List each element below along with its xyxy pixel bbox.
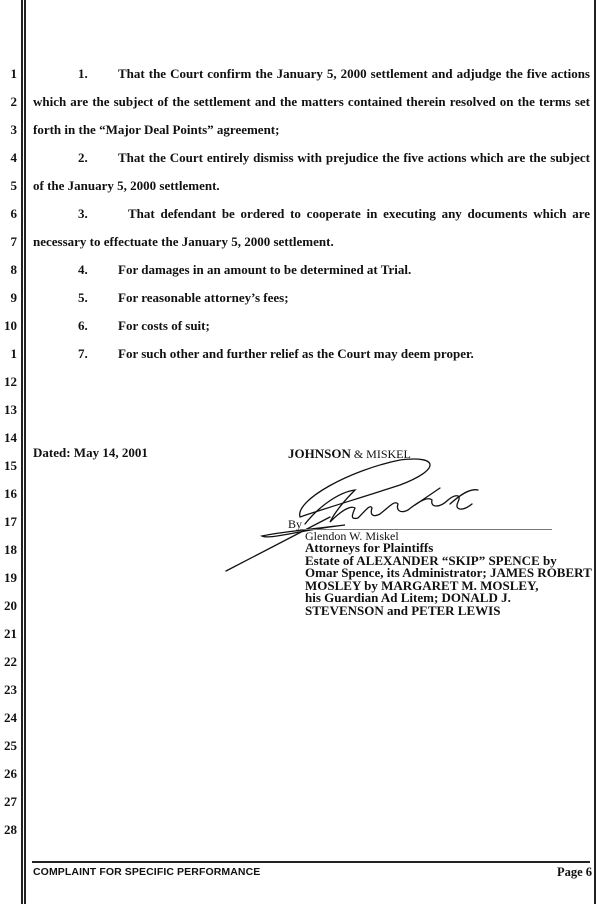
footer-rule	[32, 861, 590, 863]
client-line: STEVENSON and PETER LEWIS	[305, 605, 592, 618]
attorneys-for-block: Attorneys for Plaintiffs Estate of ALEXA…	[305, 542, 592, 618]
handwritten-signature	[0, 0, 600, 904]
footer-document-title: COMPLAINT FOR SPECIFIC PERFORMANCE	[33, 866, 260, 878]
footer-page-number: Page 6	[557, 865, 592, 880]
